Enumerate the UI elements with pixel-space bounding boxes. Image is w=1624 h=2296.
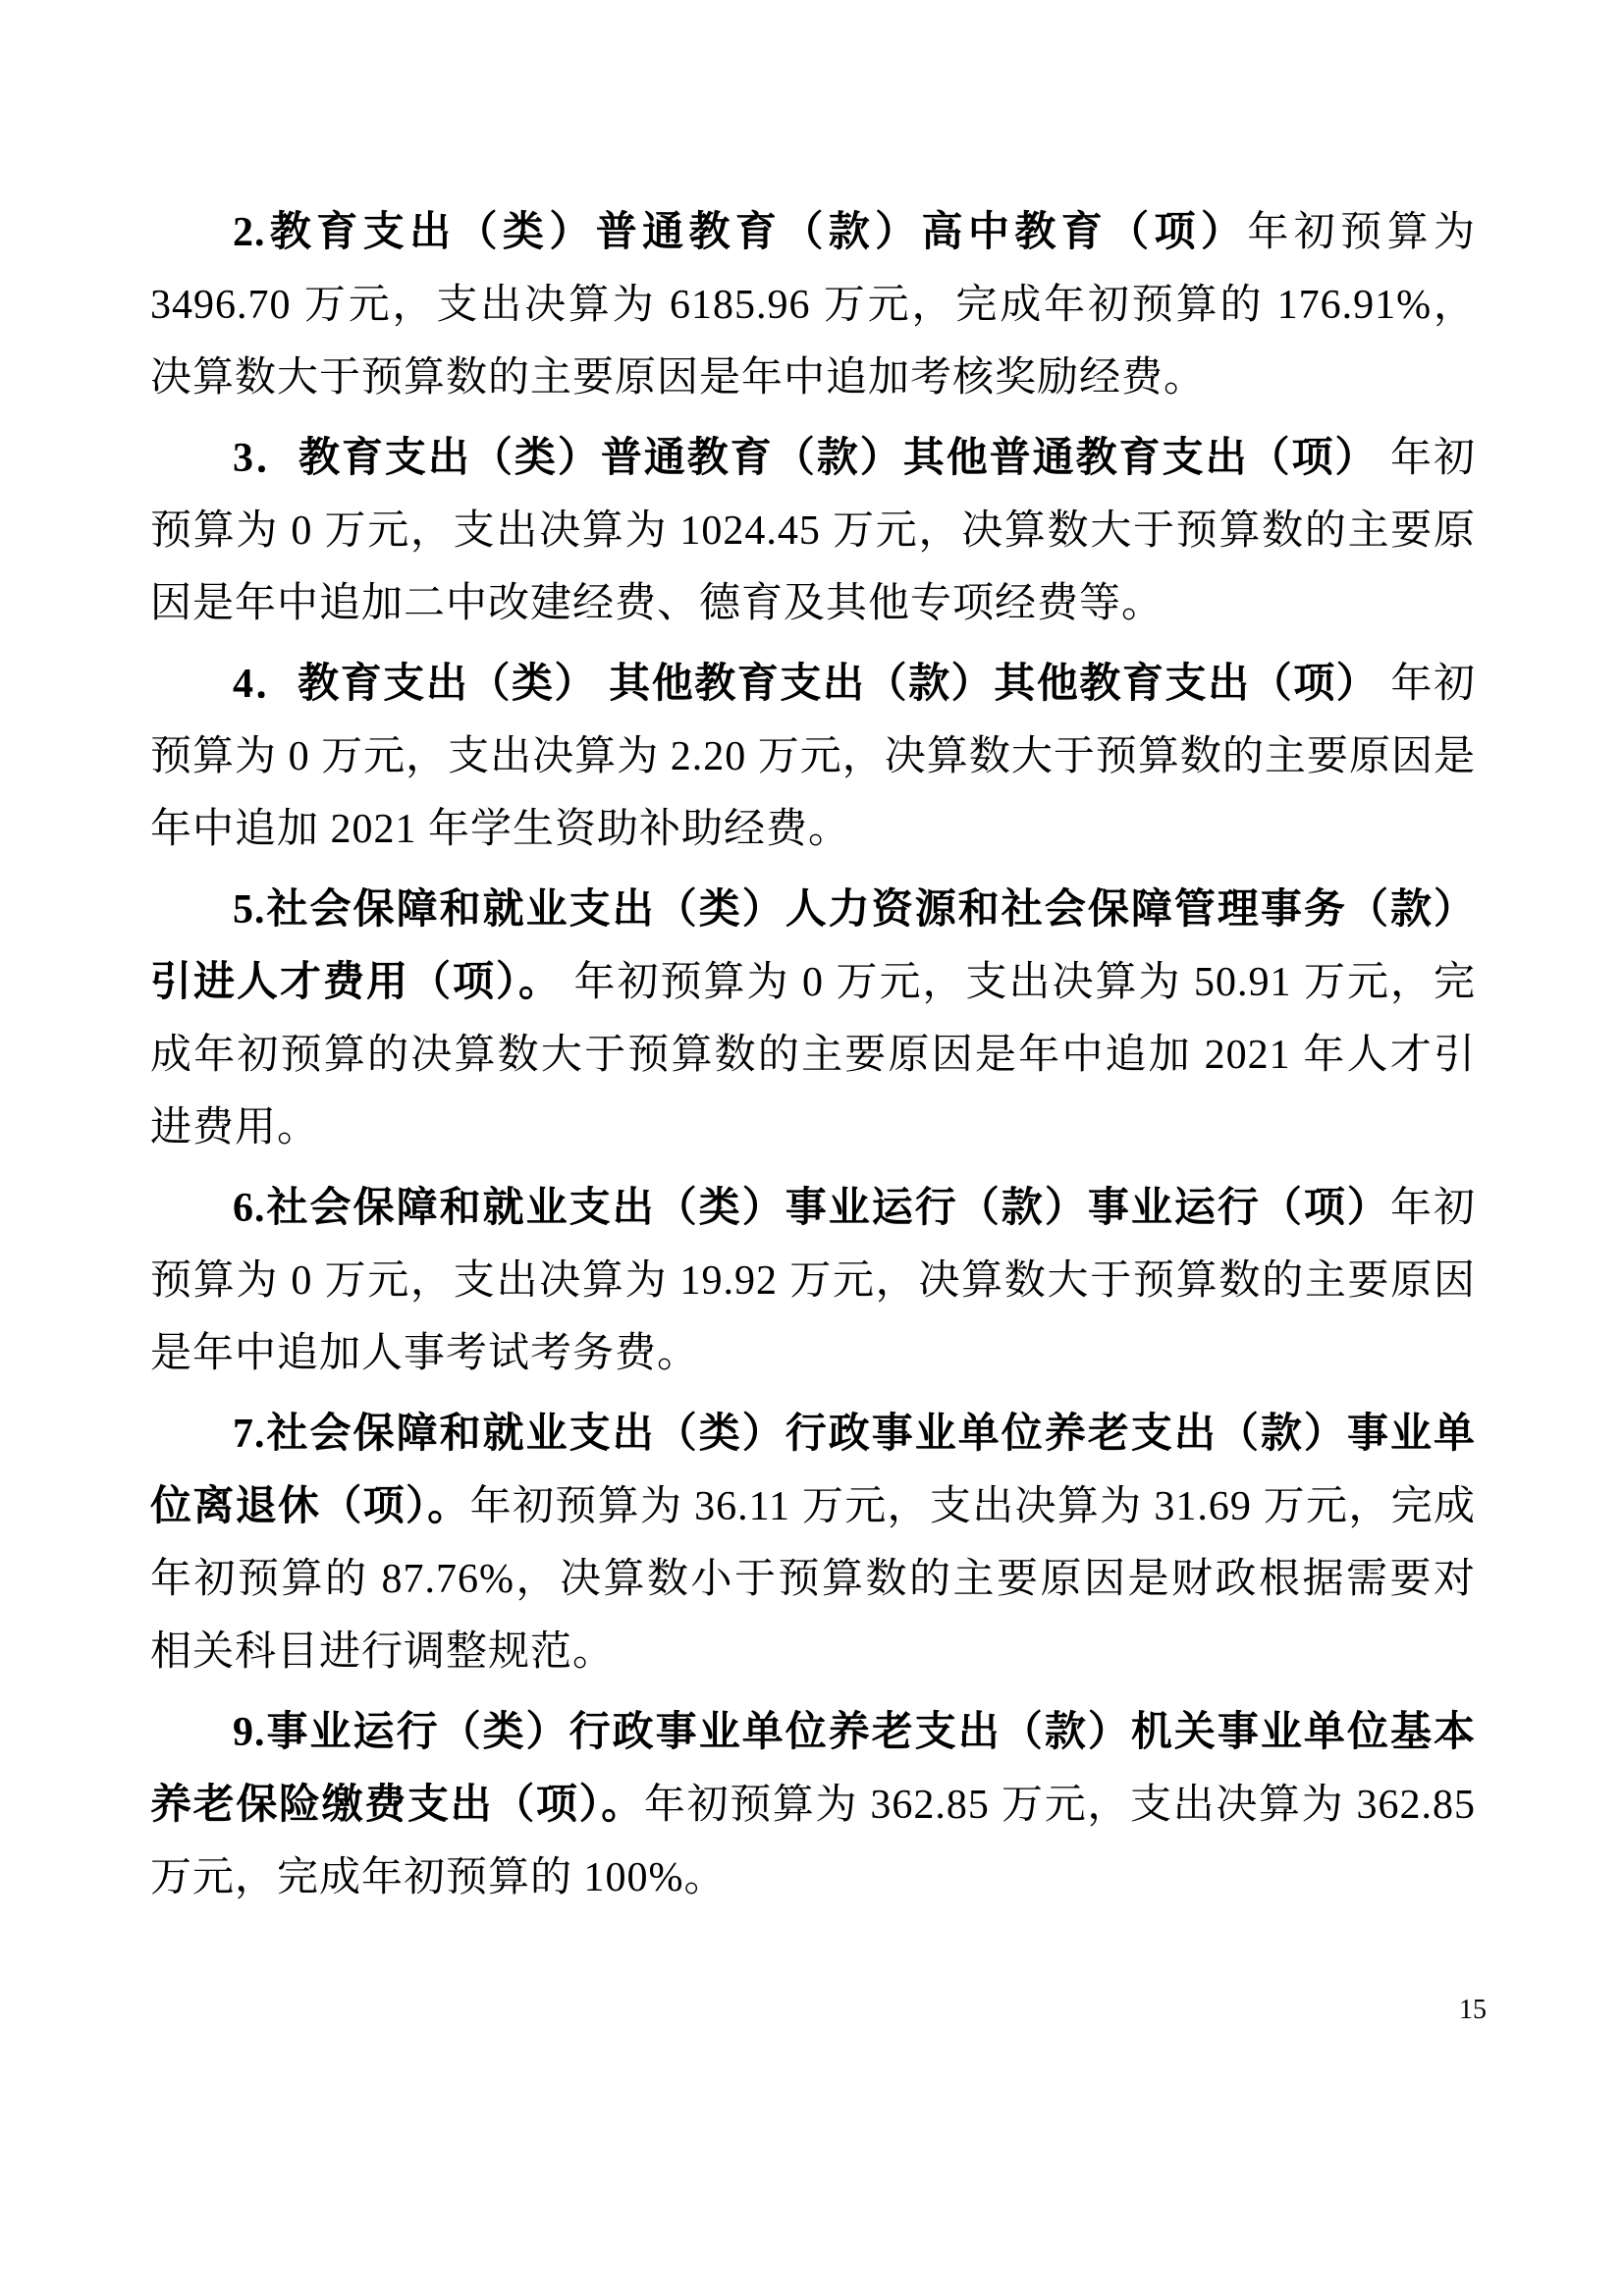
page-number: 15 <box>1459 1993 1487 2028</box>
document-body: 2.教育支出（类）普通教育（款）高中教育（项）年初预算为 3496.70 万元，… <box>150 196 1476 1922</box>
budget-paragraph: 9.事业运行（类）行政事业单位养老支出（款）机关事业单位基本养老保险缴费支出（项… <box>150 1696 1476 1914</box>
paragraph-heading: 3．教育支出（类）普通教育（款）其他普通教育支出（项） <box>233 436 1379 481</box>
budget-paragraph: 3．教育支出（类）普通教育（款）其他普通教育支出（项） 年初预算为 0 万元，支… <box>150 422 1476 640</box>
paragraph-heading: 4．教育支出（类） 其他教育支出（款）其他教育支出（项） <box>233 662 1379 707</box>
budget-paragraph: 7.社会保障和就业支出（类）行政事业单位养老支出（款）事业单位离退休（项）。年初… <box>150 1398 1476 1688</box>
budget-paragraph: 2.教育支出（类）普通教育（款）高中教育（项）年初预算为 3496.70 万元，… <box>150 196 1476 414</box>
paragraph-heading: 6.社会保障和就业支出（类）事业运行（款）事业运行（项） <box>233 1186 1390 1231</box>
budget-paragraph: 5.社会保障和就业支出（类）人力资源和社会保障管理事务（款）引进人才费用（项）。… <box>150 874 1476 1164</box>
paragraph-heading: 2.教育支出（类）普通教育（款）高中教育（项） <box>233 210 1247 255</box>
budget-paragraph: 6.社会保障和就业支出（类）事业运行（款）事业运行（项）年初预算为 0 万元，支… <box>150 1172 1476 1390</box>
document-page: 2.教育支出（类）普通教育（款）高中教育（项）年初预算为 3496.70 万元，… <box>0 0 1624 2296</box>
budget-paragraph: 4．教育支出（类） 其他教育支出（款）其他教育支出（项） 年初预算为 0 万元，… <box>150 648 1476 866</box>
